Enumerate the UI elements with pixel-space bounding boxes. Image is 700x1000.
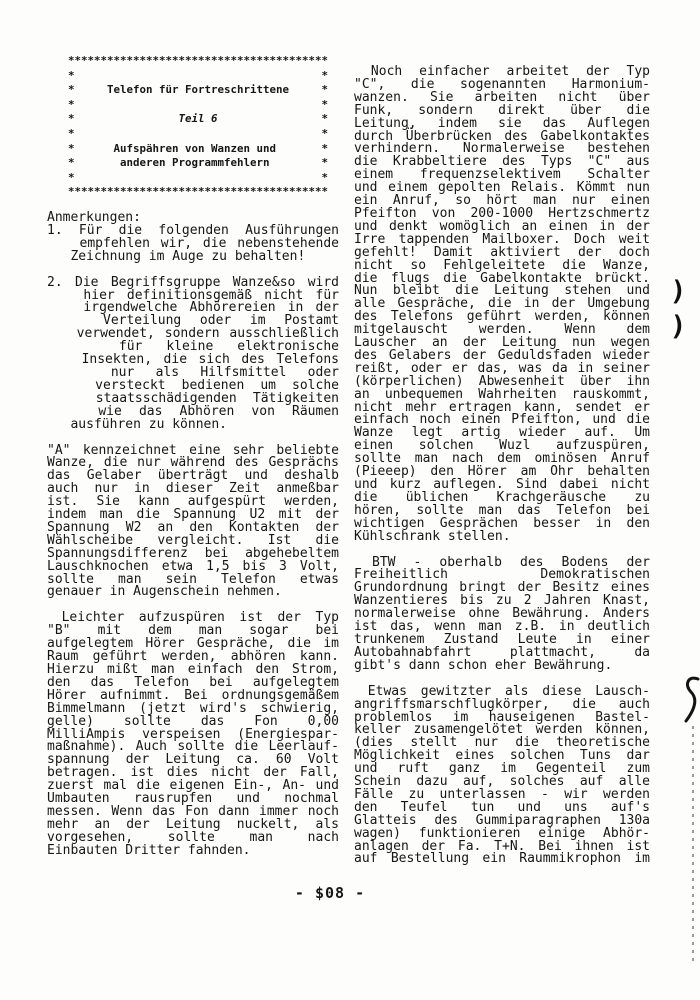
- header-box-line: * Aufspähren von Wanzen und *: [68, 142, 328, 157]
- header-box-text: Aufspähren von Wanzen und: [114, 142, 277, 155]
- document-page: ****************************************…: [0, 0, 700, 1000]
- paragraph: Anmerkungen:1. Für die folgenden Ausführ…: [47, 212, 339, 264]
- text-line: genauer in Augenschein nehmen.: [47, 586, 339, 599]
- header-box-line: * *: [68, 171, 328, 186]
- header-box-line: * Telefon für Fortreschrittene *: [68, 83, 328, 98]
- header-box-line: * Teil 6 *: [68, 112, 328, 127]
- column-left: Anmerkungen:1. Für die folgenden Ausführ…: [47, 212, 339, 871]
- margin-squiggle-icon: [679, 676, 700, 724]
- header-box-line: * *: [68, 127, 328, 142]
- margin-paren-mark-1: ): [669, 276, 687, 308]
- paragraph: Etwas gewitzter als diese Lausch-angriff…: [354, 686, 650, 867]
- page-number: - $08 -: [0, 884, 660, 902]
- text-line: auf Bestellung ein Raummikrophon im: [354, 853, 650, 866]
- header-box-line: * anderen Programmfehlern *: [68, 156, 328, 171]
- margin-dashed-line: [692, 726, 694, 964]
- header-box-border: ****************************************: [68, 54, 328, 69]
- header-box-border: ****************************************: [68, 185, 328, 200]
- column-right: Noch einfacher arbeitet der Typ"C", die …: [354, 66, 650, 879]
- header-box: ****************************************…: [68, 54, 328, 200]
- header-box-subtitle: Teil 6: [179, 112, 218, 125]
- margin-paren-mark-2: ): [669, 311, 687, 343]
- paragraph: BTW - oberhalb des Bodens derFreiheitlic…: [354, 557, 650, 673]
- header-box-line: * *: [68, 98, 328, 113]
- paragraph: "A" kennzeichnet eine sehr beliebteWanze…: [47, 445, 339, 600]
- header-box-text: anderen Programmfehlern: [120, 156, 270, 169]
- text-line: Einbauten Dritter fahnden.: [47, 845, 339, 858]
- text-line: Zeichnung im Auge zu behalten!: [47, 251, 339, 264]
- header-box-line: * *: [68, 69, 328, 84]
- paragraph: Leichter aufzuspüren ist der Typ"B" mit …: [47, 612, 339, 857]
- header-box-text: Telefon für Fortreschrittene: [107, 83, 289, 96]
- text-line: Kühlschrank stellen.: [354, 531, 650, 544]
- text-line: ausführen zu können.: [47, 419, 339, 432]
- paragraph: Noch einfacher arbeitet der Typ"C", die …: [354, 66, 650, 544]
- text-line: gibt's dann schon eher Bewährung.: [354, 660, 650, 673]
- paragraph: 2. Die Begriffsgruppe Wanze&so wird hier…: [47, 277, 339, 432]
